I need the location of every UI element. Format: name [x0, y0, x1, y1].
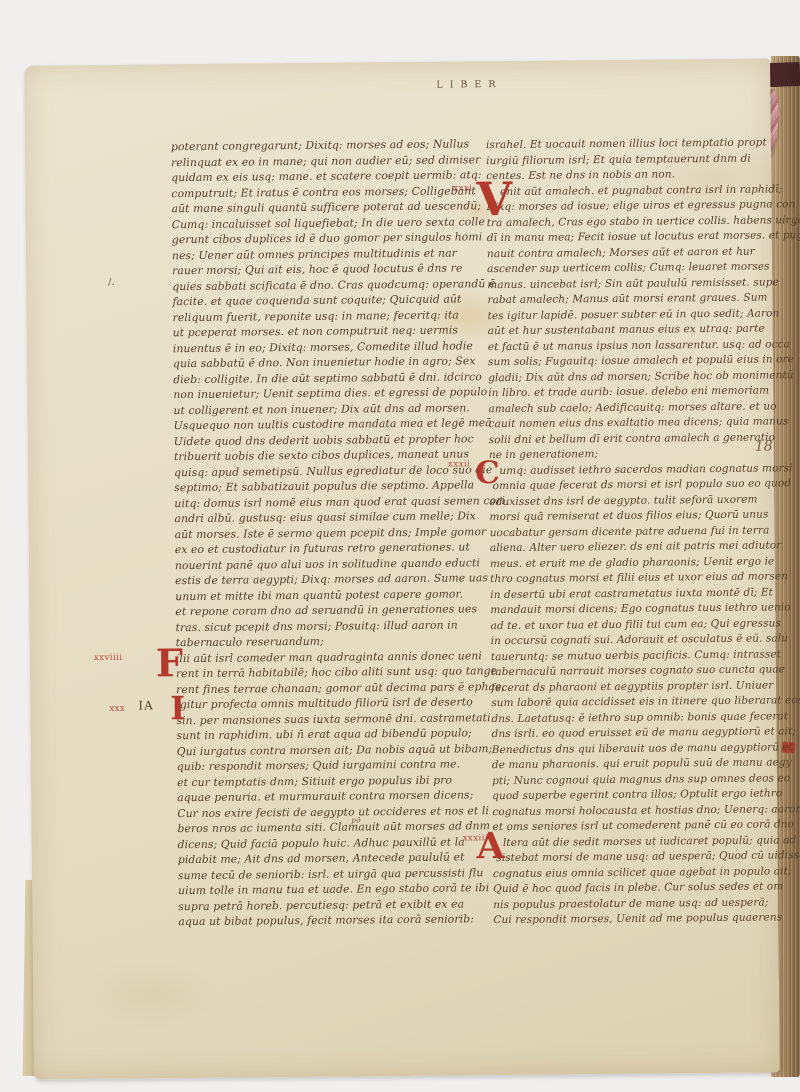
manuscript-page: LIBER 18 xxxi xxxii xxxiii xxviiii xxx I…: [24, 58, 780, 1079]
left-column-lines: poterant congregarunt; Dixitq: morses ad…: [171, 136, 481, 929]
initial-V: V: [476, 176, 512, 222]
left-text-column: F I poterant congregarunt; Dixitq: morse…: [171, 136, 481, 929]
manuscript-text-line: iurgiū filiorum isrl; Et quia temptaueru…: [486, 151, 768, 169]
initial-F: F: [156, 644, 183, 682]
manuscript-text-line: Cui respondit morses, Uenit ad me populu…: [493, 910, 775, 928]
initial-A: A: [476, 828, 504, 864]
margin-correction-mark: ∕.: [108, 278, 115, 288]
manuscript-text-line: aqua ut bibat populus, fecit morses ita …: [178, 911, 480, 929]
chapter-number-29: xxviiii: [94, 653, 123, 663]
initial-C: C: [475, 458, 500, 489]
manuscript-photo: { "page": { "running_title": "LIBER", "f…: [0, 0, 800, 1092]
right-text-column: V C A israhel. Et uocauit nomen illius l…: [486, 135, 776, 928]
running-title: LIBER: [436, 79, 546, 91]
quire-mark: IA: [138, 698, 154, 712]
manuscript-text-line: solii dni et bellum dī erit contra amale…: [489, 430, 771, 448]
chapter-number-30: xxx: [109, 704, 125, 714]
right-column-lines: israhel. Et uocauit nomen illius loci te…: [486, 135, 776, 928]
initial-I: I: [170, 692, 185, 724]
manuscript-text-line: tras. sicut pcepit dns morsi; Posuitq: i…: [175, 617, 477, 635]
